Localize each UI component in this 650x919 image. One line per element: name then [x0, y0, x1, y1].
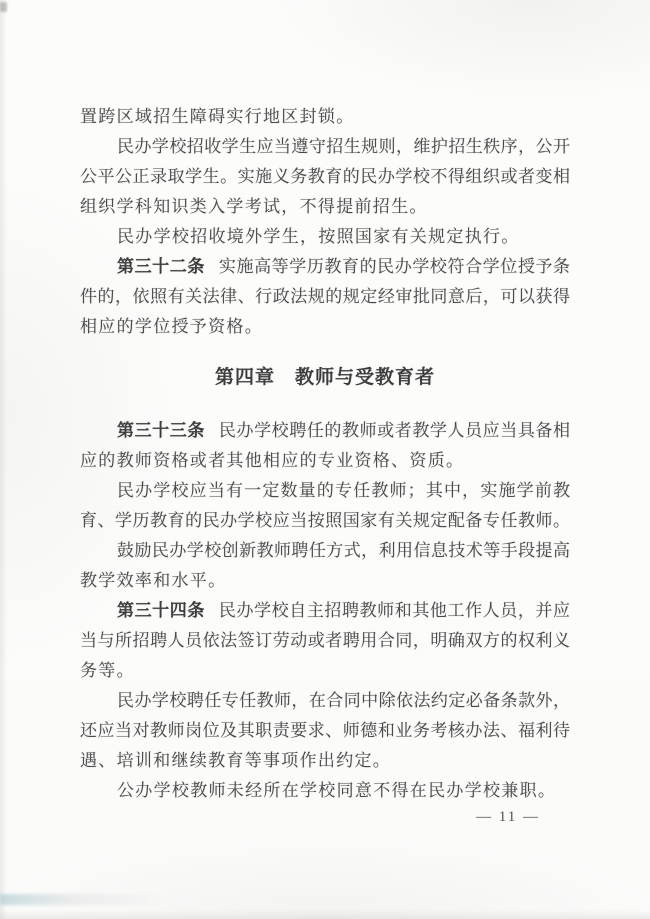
article-number-label: 第三十四条: [117, 601, 205, 620]
text-line: 相应的学位授予资格。: [80, 312, 570, 342]
text-line-article-32: 第三十二条实施高等学历教育的民办学校符合学位授予条: [80, 252, 570, 282]
scan-artifact-smudge: [0, 894, 178, 905]
text-line: 鼓励民办学校创新教师聘任方式，利用信息技术等手段提高: [80, 536, 570, 566]
text-line-article-34: 第三十四条民办学校自主招聘教师和其他工作人员，并应: [80, 596, 570, 626]
text-line: 教学效率和水平。: [80, 566, 570, 596]
text-line: 置跨区域招生障碍实行地区封锁。: [80, 102, 570, 132]
text-line: 件的，依照有关法律、行政法规的规定经审批同意后，可以获得: [80, 282, 570, 312]
chapter-heading: 第四章 教师与受教育者: [80, 363, 570, 393]
article-text: 民办学校自主招聘教师和其他工作人员，并应: [219, 601, 570, 620]
document-body: 置跨区域招生障碍实行地区封锁。 民办学校招收学生应当遵守招生规则，维护招生秩序，…: [80, 102, 570, 806]
article-number-label: 第三十二条: [117, 257, 205, 276]
scan-artifact-mark: [0, 2, 7, 12]
text-line: 公平公正录取学生。实施义务教育的民办学校不得组织或者变相: [80, 162, 570, 192]
text-line: 民办学校应当有一定数量的专任教师；其中，实施学前教: [80, 476, 570, 506]
text-line: 民办学校聘任专任教师，在合同中除依法约定必备条款外，: [80, 686, 570, 716]
page-number: — 11 —: [476, 802, 540, 832]
text-line: 遇、培训和继续教育等事项作出约定。: [80, 746, 570, 776]
text-line: 还应当对教师岗位及其职责要求、师德和业务考核办法、福利待: [80, 716, 570, 746]
text-line: 务等。: [80, 656, 570, 686]
article-text: 民办学校聘任的教师或者教学人员应当具备相: [219, 421, 570, 440]
text-line: 育、学历教育的民办学校应当按照国家有关规定配备专任教师。: [80, 506, 570, 536]
article-number-label: 第三十三条: [117, 421, 205, 440]
text-line: 组织学科知识类入学考试，不得提前招生。: [80, 192, 570, 222]
scanned-document-page: 置跨区域招生障碍实行地区封锁。 民办学校招收学生应当遵守招生规则，维护招生秩序，…: [0, 0, 650, 919]
scan-edge-shading-left: [0, 0, 7, 919]
text-line-article-33: 第三十三条民办学校聘任的教师或者教学人员应当具备相: [80, 416, 570, 446]
text-line: 民办学校招收境外学生，按照国家有关规定执行。: [80, 222, 570, 252]
text-line: 应的教师资格或者其他相应的专业资格、资质。: [80, 446, 570, 476]
text-line: 当与所招聘人员依法签订劳动或者聘用合同，明确双方的权利义: [80, 626, 570, 656]
text-line: 民办学校招收学生应当遵守招生规则，维护招生秩序，公开: [80, 132, 570, 162]
scan-edge-shading-bottom: [0, 910, 650, 919]
article-text: 实施高等学历教育的民办学校符合学位授予条: [219, 257, 570, 276]
